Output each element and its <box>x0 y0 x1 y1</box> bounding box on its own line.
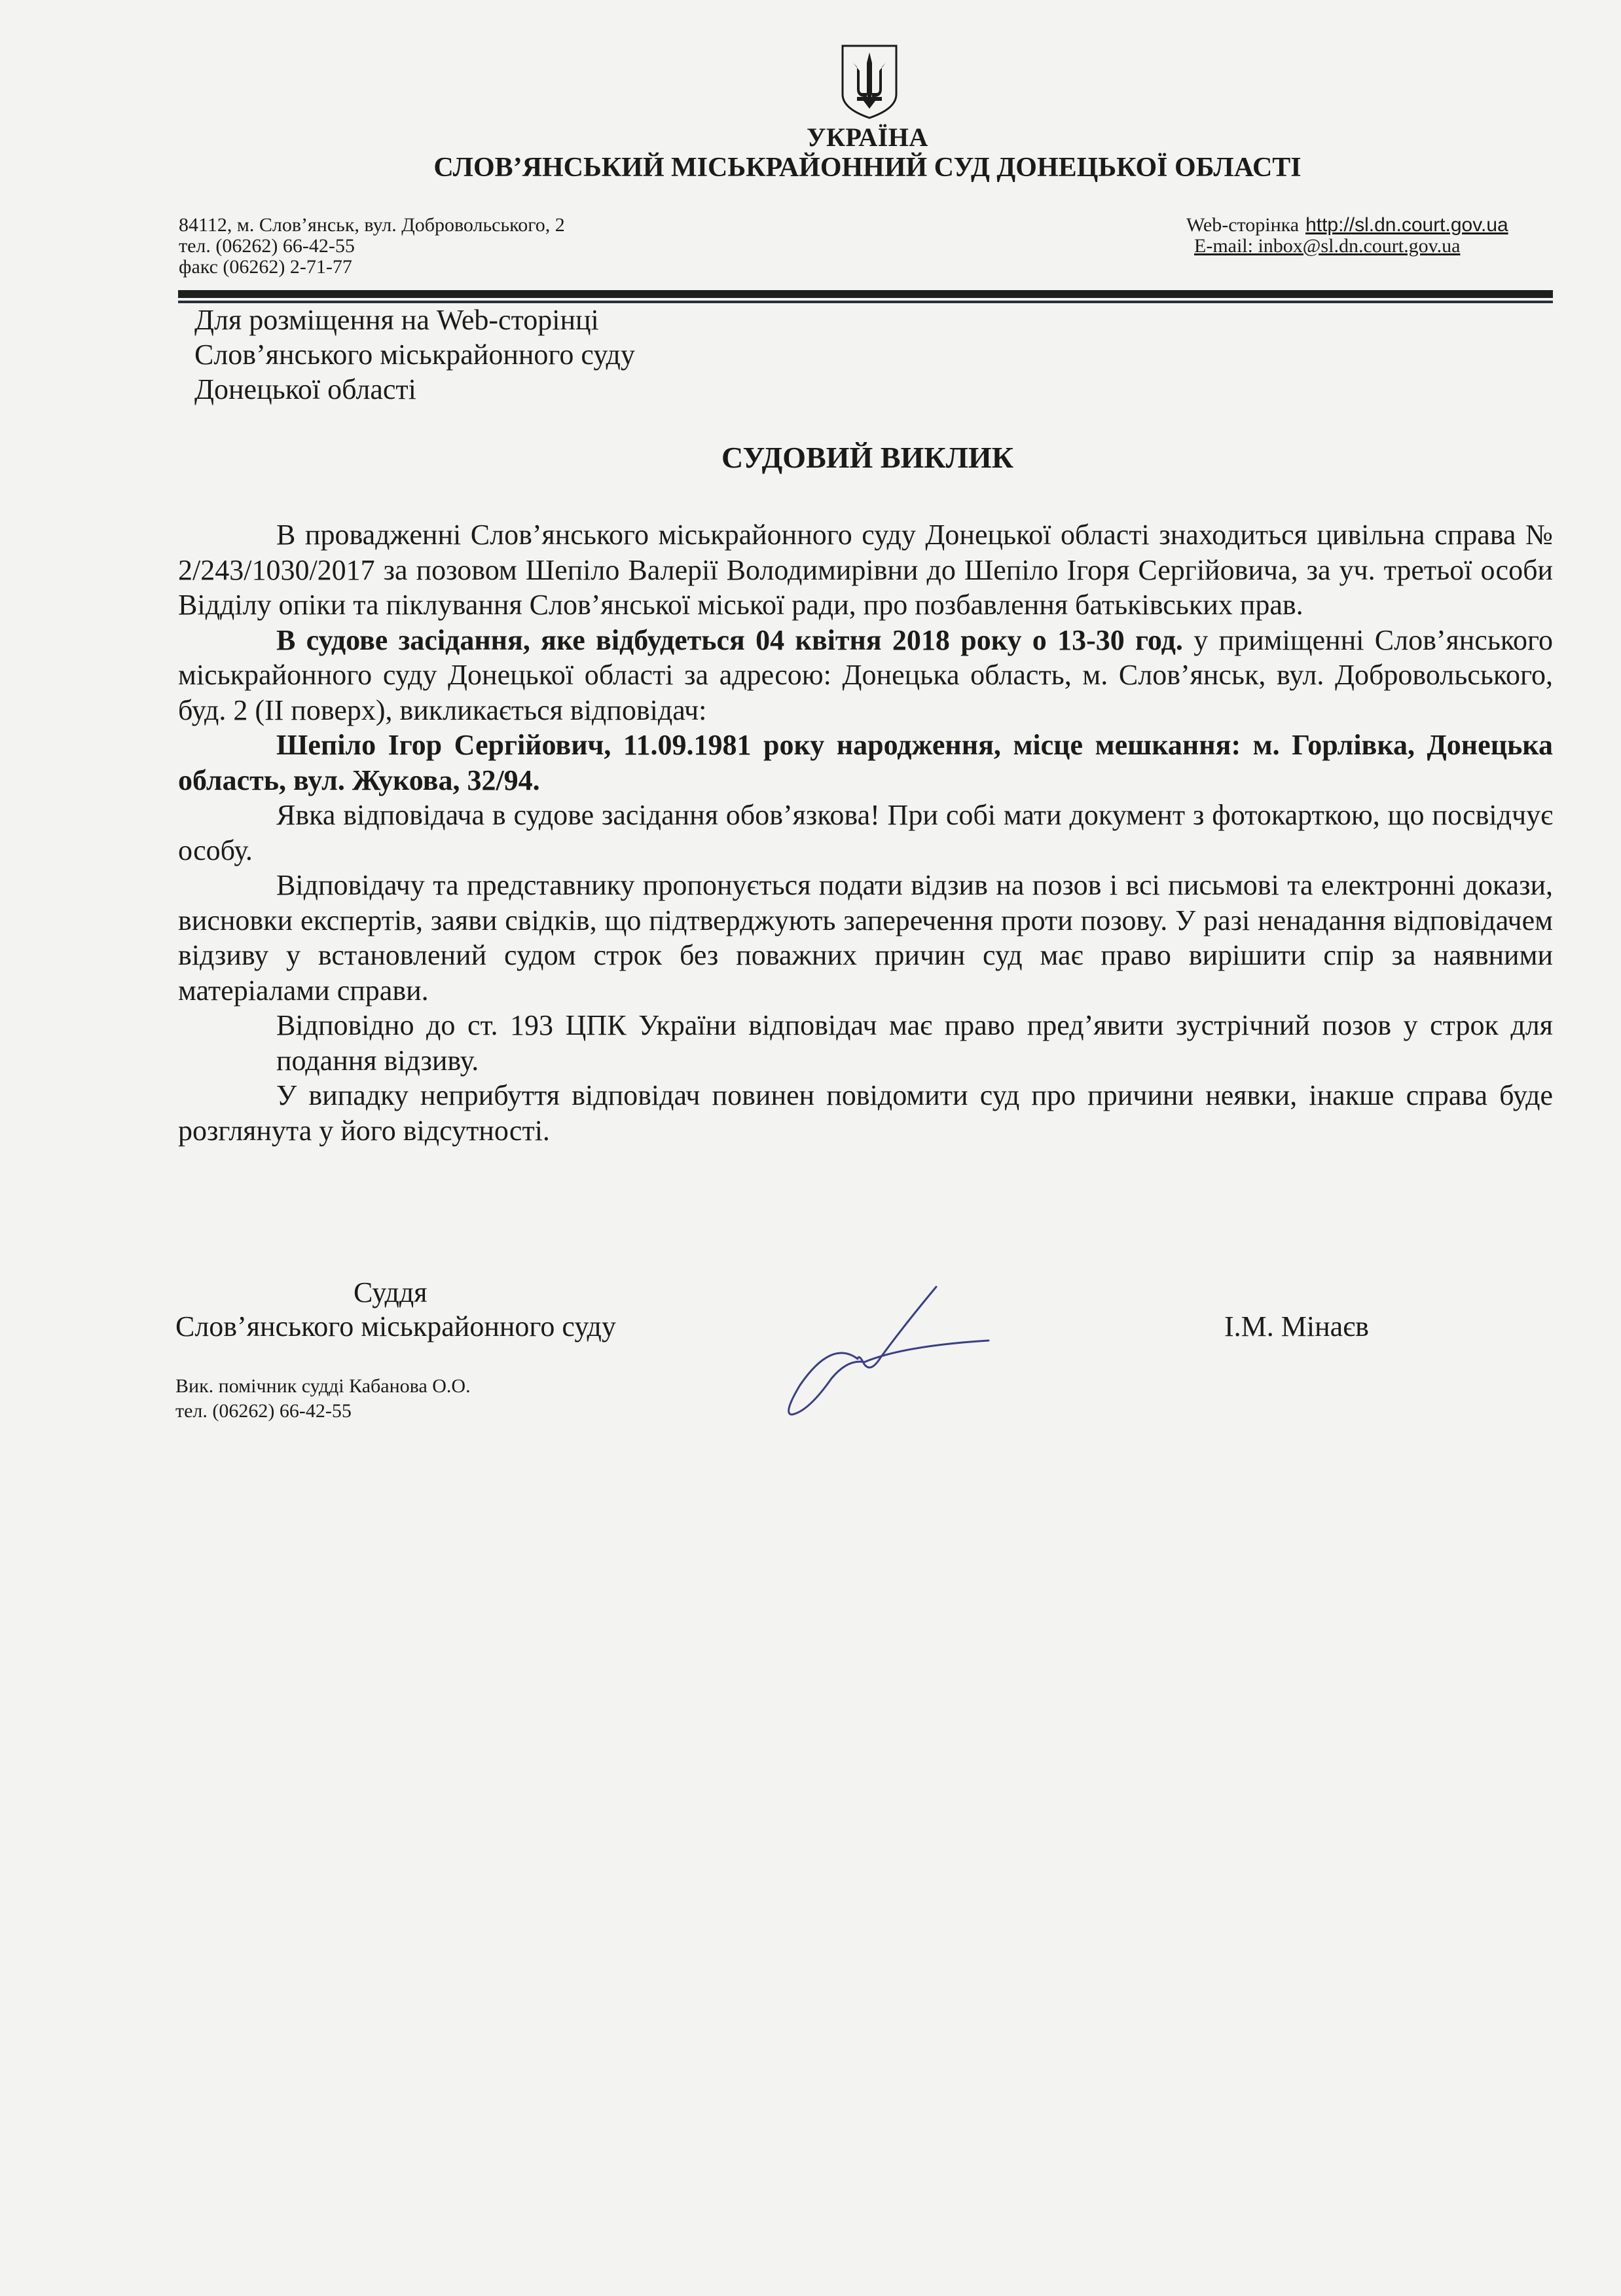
assistant-info: Вик. помічник судді Кабанова О.О. тел. (… <box>175 1374 471 1424</box>
assistant-phone: тел. (06262) 66-42-55 <box>175 1399 471 1424</box>
hearing-date-text: В судове засідання, яке відбудеться 04 к… <box>276 624 1183 656</box>
document-title: СУДОВИЙ ВИКЛИК <box>0 440 1621 475</box>
court-contacts-left: 84112, м. Слов’янськ, вул. Добровольсько… <box>179 215 565 278</box>
court-contacts-right: Web-сторінкаhttp://sl.dn.court.gov.ua E-… <box>1186 215 1508 257</box>
paragraph-defendant: Шепіло Ігор Сергійович, 11.09.1981 року … <box>178 728 1553 798</box>
paragraph-counterclaim: Відповідно до ст. 193 ЦПК України відпов… <box>178 1008 1553 1078</box>
web-url-link[interactable]: http://sl.dn.court.gov.ua <box>1305 214 1508 236</box>
addressee-line: Донецької області <box>194 372 635 407</box>
addressee-line: Для розміщення на Web-сторінці <box>194 303 635 337</box>
court-fax: факс (06262) 2-71-77 <box>179 257 565 278</box>
web-label: Web-сторінка <box>1186 214 1299 236</box>
paragraph-attendance: Явка відповідача в судове засідання обов… <box>178 798 1553 868</box>
assistant-name: Вик. помічник судді Кабанова О.О. <box>175 1374 471 1399</box>
handwritten-signature <box>773 1280 995 1424</box>
trident-coat-of-arms-icon <box>840 43 899 119</box>
judge-name: І.М. Мінаєв <box>1224 1310 1369 1343</box>
addressee-line: Слов’янського міськрайонного суду <box>194 337 635 372</box>
email-link[interactable]: E-mail: inbox@sl.dn.court.gov.ua <box>1194 236 1460 257</box>
document-body: В провадженні Слов’янського міськрайонно… <box>178 517 1553 1148</box>
header-divider-thick <box>178 290 1553 298</box>
judge-role: Суддя <box>354 1276 428 1309</box>
judge-court: Слов’янського міськрайонного суду <box>175 1310 616 1343</box>
paragraph-absence: У випадку неприбуття відповідач повинен … <box>178 1078 1553 1148</box>
addressee-block: Для розміщення на Web-сторінці Слов’янсь… <box>194 303 635 407</box>
court-name: СЛОВ’ЯНСЬКИЙ МІСЬКРАЙОННИЙ СУД ДОНЕЦЬКОЇ… <box>0 152 1621 183</box>
court-phone: тел. (06262) 66-42-55 <box>179 236 565 257</box>
paragraph-response: Відповідачу та представнику пропонується… <box>178 868 1553 1008</box>
court-address: 84112, м. Слов’янськ, вул. Добровольсько… <box>179 215 565 236</box>
paragraph-case: В провадженні Слов’янського міськрайонно… <box>178 517 1553 623</box>
country-name: УКРАЇНА <box>0 122 1621 153</box>
paragraph-hearing: В судове засідання, яке відбудеться 04 к… <box>178 623 1553 728</box>
